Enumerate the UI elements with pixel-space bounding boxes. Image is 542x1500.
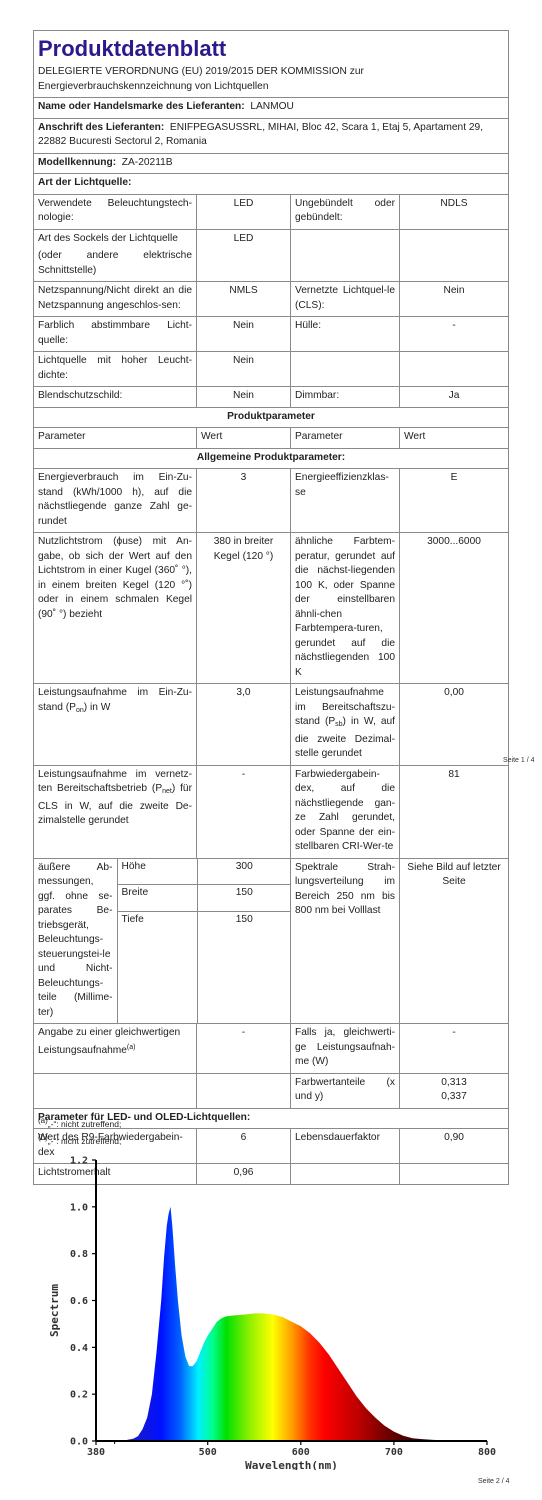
- datasheet-table: Produktdatenblatt DELEGIERTE VERORDNUNG …: [33, 30, 509, 1185]
- param-value: 0,3130,337: [400, 1073, 509, 1108]
- dimensions-label: äußere Ab-messungen, ggf. ohne se-parate…: [34, 859, 117, 1024]
- footnote-text: „-“: nicht zutreffend;: [48, 1119, 122, 1129]
- param-row-pnet: Leistungsaufnahme im vernetz-ten Bereits…: [34, 765, 509, 858]
- light-source-row: Blendschutzschild: Nein Dimmbar: Ja: [34, 387, 509, 408]
- y-tick-label: 1.2: [70, 1156, 88, 1167]
- header-cell: Produktdatenblatt DELEGIERTE VERORDNUNG …: [34, 31, 509, 98]
- model-value: ZA-20211B: [122, 157, 173, 168]
- dim-label-width: Breite: [117, 885, 197, 912]
- param-value: 3000...6000: [400, 533, 509, 684]
- param-value: LED: [197, 194, 291, 229]
- param-value: 81: [400, 765, 509, 858]
- model-row: Modellkennung: ZA-20211B: [34, 153, 509, 174]
- param-row-equivalent: Angabe zu einer gleichwertigen Leistungs…: [34, 1024, 509, 1074]
- empty-cell: [34, 1073, 197, 1108]
- page-number-1: Seite 1 / 4: [503, 757, 535, 764]
- param-value: 3,0: [197, 684, 291, 766]
- regulation-line-2: Energieverbrauchskennzeichnung von Licht…: [38, 80, 504, 95]
- product-params-heading: Produktparameter: [34, 407, 509, 428]
- param-label: Vernetzte Lichtquel-le (CLS):: [291, 282, 400, 317]
- param-value: Nein: [197, 352, 291, 387]
- param-label: Lichtquelle mit hoher Leucht-dichte:: [34, 352, 197, 387]
- dim-label-height: Höhe: [117, 859, 197, 885]
- empty-cell: [197, 1073, 291, 1108]
- param-label: Hülle:: [291, 317, 400, 352]
- supplier-name-value: LANMOU: [250, 101, 294, 112]
- label-text: ) in W: [84, 702, 111, 713]
- x-tick-label: 500: [199, 1447, 217, 1458]
- dim-value-depth: 150: [197, 912, 291, 1024]
- param-value: [400, 229, 509, 282]
- socket-label: Art des Sockels der Lichtquelle: [38, 232, 192, 247]
- param-row-chromaticity: Farbwertanteile (x und y) 0,3130,337: [34, 1073, 509, 1108]
- chroma-x: 0,313: [404, 1076, 504, 1091]
- param-label: [291, 352, 400, 387]
- param-value: -: [197, 765, 291, 858]
- spectrum-area: [96, 1207, 487, 1441]
- param-row-dimensions: äußere Ab-messungen, ggf. ohne se-parate…: [34, 858, 509, 1024]
- model-label: Modellkennung:: [38, 157, 116, 168]
- param-label: Verwendete Beleuchtungstech-nologie:: [34, 194, 197, 229]
- dim-value-height: 300: [197, 859, 291, 885]
- supplier-address-row: Anschrift des Lieferanten: ENIFPEGASUSSR…: [34, 118, 509, 153]
- param-value: -: [197, 1024, 291, 1074]
- supplier-name-row: Name oder Handelsmarke des Lieferanten: …: [34, 98, 509, 119]
- supplier-name-label: Name oder Handelsmarke des Lieferanten:: [38, 101, 245, 112]
- subscript: net: [162, 788, 172, 795]
- param-label: Ungebündelt oder gebündelt:: [291, 194, 400, 229]
- footnote-ref: (a): [127, 1044, 136, 1051]
- param-label: Farbwiedergabein-dex, auf die nächstlieg…: [291, 765, 400, 858]
- param-label: Art des Sockels der Lichtquelle(oder and…: [34, 229, 197, 282]
- label-text: Leistungsaufnahme im Ein-Zu-stand (P: [38, 687, 192, 713]
- param-label: Leistungsaufnahme im Ein-Zu-stand (Pon) …: [34, 684, 197, 766]
- param-value: LED: [197, 229, 291, 282]
- x-tick-label: 380: [87, 1447, 105, 1458]
- y-tick-label: 0.4: [70, 1343, 88, 1354]
- footnote-mark: (a): [38, 1116, 48, 1125]
- param-label: Energieverbrauch im Ein-Zu-stand (kWh/10…: [34, 469, 197, 533]
- light-source-row: Lichtquelle mit hoher Leucht-dichte: Nei…: [34, 352, 509, 387]
- param-value: Ja: [400, 387, 509, 408]
- param-value: [400, 352, 509, 387]
- col-header-parameter: Parameter: [291, 428, 400, 449]
- param-label: Nutzlichtstrom (ϕuse) mit An-gabe, ob si…: [34, 533, 197, 684]
- product-data-sheet: Produktdatenblatt DELEGIERTE VERORDNUNG …: [33, 30, 508, 1185]
- subscript: on: [76, 707, 84, 714]
- param-label: Spektrale Strah-lungsverteilung im Berei…: [291, 858, 400, 1024]
- param-label: Netzspannung/Nicht direkt an die Netzspa…: [34, 282, 197, 317]
- light-source-row: Netzspannung/Nicht direkt an die Netzspa…: [34, 282, 509, 317]
- param-label: Energieeffizienzklas-se: [291, 469, 400, 533]
- light-source-row: Farblich abstimmbare Licht-quelle: Nein …: [34, 317, 509, 352]
- dim-label-depth: Tiefe: [117, 912, 197, 1024]
- param-value: E: [400, 469, 509, 533]
- param-label: Dimmbar:: [291, 387, 400, 408]
- param-label: Farbwertanteile (x und y): [291, 1073, 400, 1108]
- param-label: Leistungsaufnahme im Bereitschaftszu-sta…: [291, 684, 400, 766]
- label-text: Angabe zu einer gleichwertigen Leistungs…: [38, 1027, 180, 1056]
- param-label: [291, 229, 400, 282]
- light-source-row: Verwendete Beleuchtungstech-nologie: LED…: [34, 194, 509, 229]
- y-tick-label: 0.2: [70, 1390, 88, 1401]
- subscript: sb: [335, 721, 342, 728]
- param-label: Blendschutzschild:: [34, 387, 197, 408]
- param-value: 0,00: [400, 684, 509, 766]
- param-label: Leistungsaufnahme im vernetz-ten Bereits…: [34, 765, 197, 858]
- param-row-flux: Nutzlichtstrom (ϕuse) mit An-gabe, ob si…: [34, 533, 509, 684]
- param-value: 380 in breiter Kegel (120 °): [197, 533, 291, 684]
- param-row-pon: Leistungsaufnahme im Ein-Zu-stand (Pon) …: [34, 684, 509, 766]
- param-value: -: [400, 1024, 509, 1074]
- page-title: Produktdatenblatt: [38, 33, 504, 62]
- column-header-row: Parameter Wert Parameter Wert: [34, 428, 509, 449]
- chroma-y: 0,337: [404, 1090, 504, 1105]
- param-value: Siehe Bild auf letzter Seite: [400, 858, 509, 1024]
- dimensions-cell: äußere Ab-messungen, ggf. ohne se-parate…: [34, 858, 291, 1024]
- param-row-energy: Energieverbrauch im Ein-Zu-stand (kWh/10…: [34, 469, 509, 533]
- col-header-value: Wert: [400, 428, 509, 449]
- x-tick-label: 800: [478, 1447, 496, 1458]
- supplier-address-label: Anschrift des Lieferanten:: [38, 122, 164, 133]
- param-value: 3: [197, 469, 291, 533]
- x-axis-label: Wavelength(nm): [245, 1459, 338, 1470]
- socket-label-note: (oder andere elektrische Schnittstelle): [38, 249, 192, 278]
- param-label: Falls ja, gleichwerti-ge Leistungsaufnah…: [291, 1024, 400, 1074]
- footnote-a: (a)„-“: nicht zutreffend;: [38, 1114, 121, 1131]
- spectrum-chart: 0.00.20.40.60.81.01.2380500600700800Wave…: [0, 1140, 542, 1470]
- dimensions-table: äußere Ab-messungen, ggf. ohne se-parate…: [34, 859, 291, 1024]
- param-value: Nein: [197, 317, 291, 352]
- y-axis-label: Spectrum: [48, 1284, 61, 1337]
- col-header-value: Wert: [197, 428, 291, 449]
- x-tick-label: 700: [385, 1447, 403, 1458]
- y-tick-label: 0.0: [70, 1437, 88, 1448]
- param-value: NDLS: [400, 194, 509, 229]
- x-tick-label: 600: [292, 1447, 310, 1458]
- param-value: NMLS: [197, 282, 291, 317]
- light-source-row: Art des Sockels der Lichtquelle(oder and…: [34, 229, 509, 282]
- light-source-heading: Art der Lichtquelle:: [34, 174, 509, 195]
- regulation-line-1: DELEGIERTE VERORDNUNG (EU) 2019/2015 DER…: [38, 65, 504, 80]
- col-header-parameter: Parameter: [34, 428, 197, 449]
- y-tick-label: 0.6: [70, 1296, 88, 1307]
- param-value: -: [400, 317, 509, 352]
- param-label: Farblich abstimmbare Licht-quelle:: [34, 317, 197, 352]
- general-params-heading: Allgemeine Produktparameter:: [34, 448, 509, 469]
- param-label: Angabe zu einer gleichwertigen Leistungs…: [34, 1024, 197, 1074]
- param-value: Nein: [197, 387, 291, 408]
- param-label: ähnliche Farbtem-peratur, gerundet auf d…: [291, 533, 400, 684]
- page-number-2: Seite 2 / 4: [478, 1478, 510, 1485]
- dim-value-width: 150: [197, 885, 291, 912]
- y-tick-label: 1.0: [70, 1202, 88, 1213]
- param-value: Nein: [400, 282, 509, 317]
- y-tick-label: 0.8: [70, 1249, 88, 1260]
